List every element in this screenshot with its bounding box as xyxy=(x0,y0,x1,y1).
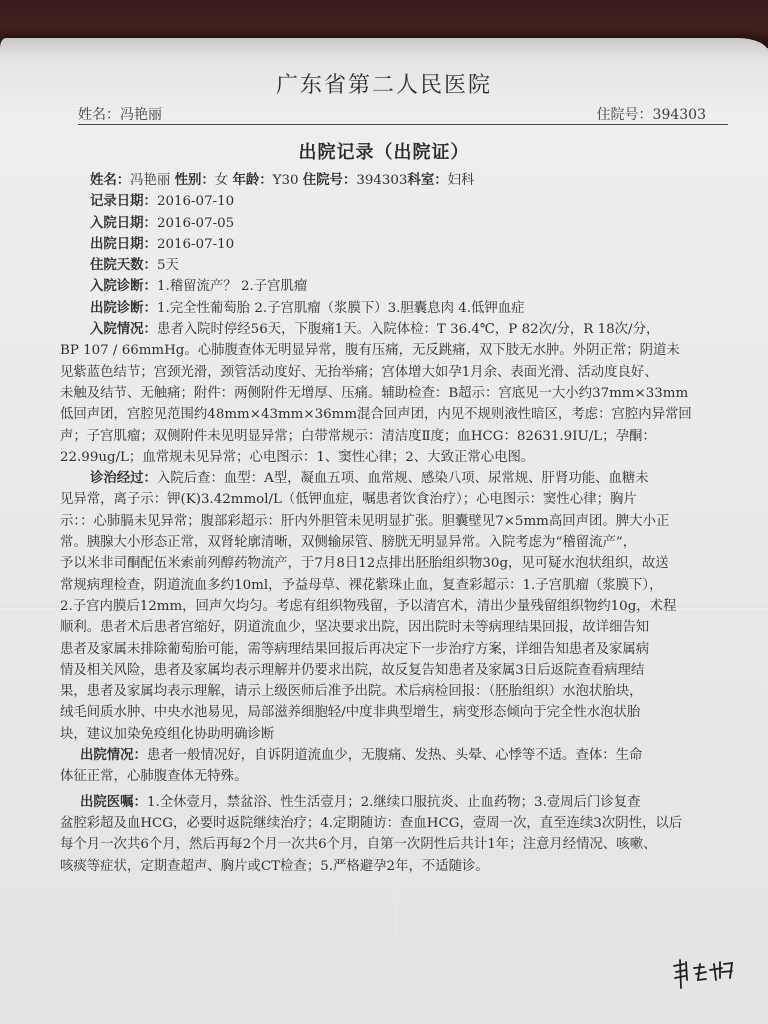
department: 妇科 xyxy=(448,173,475,188)
paragraph-line: 22.99ug/L；血常规未见异常；心电图示：1、窦性心律；2、大致正常心电图。 xyxy=(60,447,728,468)
line-text: 1.全休壹月，禁盆浴、性生活壹月；2.继续口服抗炎、止血药物；3.壹周后门诊复查 xyxy=(147,795,641,810)
doctor-signature xyxy=(670,952,740,992)
paragraph-line: 情及相关风险，患者及家属均表示理解并仍要求出院，故反复告知患者及家属3日后返院查… xyxy=(60,660,728,681)
paragraph-line: 示：：心肺膈未见异常；腹部彩超示：肝内外胆管未见明显扩张。胆囊壁见7×5mm高回… xyxy=(60,511,728,532)
field-value: 2016-07-10 xyxy=(157,194,234,209)
paragraph-line: 出院情况：患者一般情况好，自诉阴道流血少，无腹痛、发热、头晕、心悸等不适。查体：… xyxy=(60,745,728,766)
section-label: 出院医嘱： xyxy=(80,794,147,810)
paragraph-line: 未触及结节、无触痛；附件：两侧附件无增厚、压痛。辅助检查：B超示：宫底见一大小约… xyxy=(60,383,728,404)
paragraph-line: 盆腔彩超及血HCG，必要时返院继续治疗；4.定期随访：查血HCG，壹周一次，直至… xyxy=(60,813,728,834)
paragraph-line: 每个月一次共6个月，然后再每2个月一次共6个月，自第一次阴性后共计1年；注意月经… xyxy=(60,834,728,855)
paragraph-line: 低回声团，宫腔见范围约48mm×43mm×36mm混合回声团，内见不规则液性暗区… xyxy=(60,404,728,425)
hospital-name: 广东省第二人民医院 xyxy=(0,68,768,99)
document-title: 出院记录（出院证） xyxy=(0,138,768,164)
paragraph-line: 果，患者及家属均表示理解，请示上级医师后准予出院。术后病检回报：（胚胎组织）水泡… xyxy=(60,681,728,702)
admission-number: 394303 xyxy=(356,173,407,188)
discharge-orders-section: 出院医嘱：1.全休壹月，禁盆浴、性生活壹月；2.继续口服抗炎、止血药物；3.壹周… xyxy=(60,792,728,877)
section-value: 1.完全性葡萄胎 2.子宫肌瘤（浆膜下）3.胆囊息肉 4.低钾血症 xyxy=(157,301,525,316)
discharge-diagnosis: 出院诊断：1.完全性葡萄胎 2.子宫肌瘤（浆膜下）3.胆囊息肉 4.低钾血症 xyxy=(60,298,728,319)
paragraph-line: 体征正常，心肺腹查体无特殊。 xyxy=(60,766,728,787)
patient-name: 冯艳丽 xyxy=(130,173,170,188)
field-admission-date: 入院日期：2016-07-05 xyxy=(60,213,728,234)
section-label: 出院情况： xyxy=(80,747,147,763)
field-discharge-date: 出院日期：2016-07-10 xyxy=(60,234,728,255)
paragraph-line: 见紫蓝色结节；宫颈光滑，颈管活动度好、无抬举痛；宫体增大如孕1月余、表面光滑、活… xyxy=(60,362,728,383)
patient-age: Y30 xyxy=(273,173,299,188)
paragraph-line: 咳痰等症状，定期查超声、胸片或CT检查；5.严格避孕2年，不适随诊。 xyxy=(60,856,728,877)
paragraph-line: 块，建议加染免疫组化协助明确诊断 xyxy=(60,724,728,745)
paragraph-line: 入院情况：患者入院时停经56天，下腹痛1天。入院体检：T 36.4℃，P 82次… xyxy=(60,319,728,340)
header-divider xyxy=(78,124,728,125)
patient-info-line: 姓名：冯艳丽 性别：女 年龄：Y30 住院号：394303科室：妇科 xyxy=(60,170,728,191)
line-text: 患者一般情况好，自诉阴道流血少，无腹痛、发热、头晕、心悸等不适。查体：生命 xyxy=(147,748,642,763)
field-hospital-days: 住院天数：5天 xyxy=(60,255,728,276)
record-body: 姓名：冯艳丽 性别：女 年龄：Y30 住院号：394303科室：妇科 记录日期：… xyxy=(60,170,728,877)
section-label: 入院情况： xyxy=(90,321,157,337)
field-value: 2016-07-05 xyxy=(157,216,234,231)
patient-gender: 女 xyxy=(215,173,228,188)
paragraph-line: 声；子宫肌瘤；双侧附件未见明显异常；白带常规示：清洁度Ⅱ度；血HCG：82631… xyxy=(60,426,728,447)
gender-label: 性别： xyxy=(175,172,215,188)
section-label: 诊治经过： xyxy=(90,470,157,486)
name-label: 姓名： xyxy=(90,172,130,188)
header-admission-number: 住院号：394303 xyxy=(597,104,706,124)
paragraph-line: 诊治经过：入院后查：血型：A型，凝血五项、血常规、感染八项、尿常规、肝肾功能、血… xyxy=(60,468,728,489)
field-value: 2016-07-10 xyxy=(157,237,234,252)
admission-status-section: 入院情况：患者入院时停经56天，下腹痛1天。入院体检：T 36.4℃，P 82次… xyxy=(60,319,728,468)
section-label: 出院诊断： xyxy=(90,300,157,316)
paragraph-line: 出院医嘱：1.全休壹月，禁盆浴、性生活壹月；2.继续口服抗炎、止血药物；3.壹周… xyxy=(60,792,728,813)
field-value: 5天 xyxy=(157,258,179,273)
admission-diagnosis: 入院诊断：1.稽留流产？ 2.子宫肌瘤 xyxy=(60,276,728,297)
field-label: 记录日期： xyxy=(90,193,157,209)
department-label: 科室： xyxy=(407,172,447,188)
paragraph-line: 2.子宫内膜后12mm，回声欠均匀。考虑有组织物残留，予以清宫术，清出少量残留组… xyxy=(60,596,728,617)
paragraph-line: 患者及家属未排除葡萄胎可能，需等病理结果回报后再决定下一步治疗方案，详细告知患者… xyxy=(60,639,728,660)
discharge-status-section: 出院情况：患者一般情况好，自诉阴道流血少，无腹痛、发热、头晕、心悸等不适。查体：… xyxy=(60,745,728,788)
field-label: 出院日期： xyxy=(90,236,157,252)
paragraph-line: 顺利。患者术后患者宫缩好，阴道流血少，坚决要求出院，因出院时未等病理结果回报，故… xyxy=(60,617,728,638)
line-text: 患者入院时停经56天，下腹痛1天。入院体检：T 36.4℃，P 82次/分，R … xyxy=(157,322,659,337)
field-label: 住院天数： xyxy=(90,257,157,273)
paragraph-line: 常规病理检查，阴道流血多约10ml，予益母草、裸花紫珠止血，复查彩超示：1.子宫… xyxy=(60,575,728,596)
age-label: 年龄： xyxy=(232,172,272,188)
paragraph-line: 见异常，离子示：钾(K)3.42mmol/L（低钾血症，嘱患者饮食治疗）；心电图… xyxy=(60,489,728,510)
paragraph-line: 绒毛间质水肿、中央水池易见，局部滋养细胞轻/中度非典型增生，病变形态倾向于完全性… xyxy=(60,702,728,723)
paragraph-line: 常。胰腺大小形态正常，双肾轮廓清晰，双侧输尿管、膀胱无明显异常。入院考虑为“稽留… xyxy=(60,532,728,553)
header-patient-name: 姓名：冯艳丽 xyxy=(78,104,162,124)
paragraph-line: 予以米非司酮配伍米索前列醇药物流产，于7月8日12点排出胚胎组织物30g，见可疑… xyxy=(60,553,728,574)
treatment-course-section: 诊治经过：入院后查：血型：A型，凝血五项、血常规、感染八项、尿常规、肝肾功能、血… xyxy=(60,468,728,745)
paragraph-line: BP 107 / 66mmHg。心肺腹查体无明显异常，腹有压痛，无反跳痛，双下肢… xyxy=(60,340,728,361)
field-record-date: 记录日期：2016-07-10 xyxy=(60,191,728,212)
admission-no-label: 住院号： xyxy=(303,172,357,188)
section-label: 入院诊断： xyxy=(90,278,157,294)
section-value: 1.稽留流产？ 2.子宫肌瘤 xyxy=(157,279,307,294)
line-text: 入院后查：血型：A型，凝血五项、血常规、感染八项、尿常规、肝肾功能、血糖未 xyxy=(157,471,649,486)
document-header: 姓名：冯艳丽 住院号：394303 xyxy=(78,104,728,126)
handwritten-signature-icon xyxy=(670,952,740,992)
field-label: 入院日期： xyxy=(90,215,157,231)
